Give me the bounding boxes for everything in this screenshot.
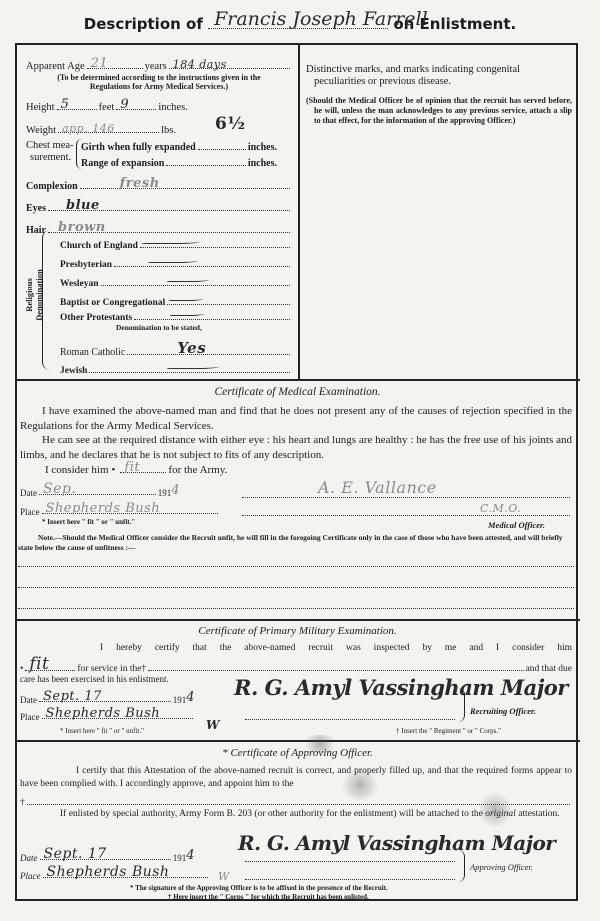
- approving-officer-label: Approving Officer.: [470, 862, 533, 872]
- weight-label: Weight: [26, 125, 56, 136]
- medical-para-2: He can see at the required distance with…: [20, 433, 572, 462]
- denomination-note: Denomination to be stated,: [60, 323, 292, 336]
- section-divider-approving: [15, 740, 580, 742]
- eyes-row: Eyes blue: [26, 200, 292, 214]
- consider-value: fit: [124, 460, 140, 475]
- medical-place-row: Place Shepherds Bush: [20, 503, 220, 517]
- religion-label: Roman Catholic: [60, 347, 125, 358]
- primary-year-value: 4: [186, 690, 195, 705]
- apparent-age-value: 21: [91, 56, 109, 71]
- religion-label: Church of England: [60, 241, 138, 251]
- medical-signature-line: [242, 497, 570, 498]
- recruiting-officer-signature: R. G. Amyl Vassingham Major: [234, 675, 568, 700]
- religion-list: Church of England Presbyterian Wesleyan …: [60, 232, 292, 376]
- primary-insert-note: * Insert here " fit " or " unfit.": [60, 727, 144, 735]
- approving-place-suffix: W: [218, 870, 230, 883]
- age-note-1: (To be determined according to the instr…: [26, 73, 292, 82]
- weight-row: Weight app. 146 lbs.: [26, 122, 176, 136]
- medical-year-value: 4: [171, 483, 180, 498]
- column-divider: [298, 43, 300, 380]
- recruiting-officer-label: Recruiting Officer.: [470, 706, 536, 716]
- height-inches-value: 9: [120, 97, 129, 112]
- range-inches-label: inches.: [248, 158, 277, 169]
- primary-date-value: Sept. 17: [43, 689, 102, 704]
- primary-fit-row: • fit for service in the† and that due: [20, 660, 572, 674]
- approving-place-row: Place Shepherds Bush: [20, 867, 210, 881]
- approving-para-2-post: attestation.: [518, 809, 559, 819]
- complexion-value: fresh: [120, 176, 160, 191]
- approving-certificate-title: * Certificate of Approving Officer.: [15, 747, 580, 759]
- religion-label: Presbyterian: [60, 260, 112, 270]
- medical-rank-line: [242, 515, 570, 516]
- ink-stain: [300, 735, 340, 753]
- recruiting-officer-line: [245, 719, 455, 720]
- due-text: and that due: [526, 664, 572, 674]
- medical-date-row: Date Sep. 191 4: [20, 483, 180, 498]
- ink-stain: [340, 770, 380, 800]
- primary-certificate-title: Certificate of Primary Military Examinat…: [15, 625, 580, 637]
- age-note-2: Regulations for Army Medical Services.): [26, 82, 292, 91]
- medical-date-value: Sep.: [43, 481, 76, 497]
- height-row: Height 5 feet 9 inches.: [26, 99, 216, 113]
- place-label: Place: [20, 507, 40, 517]
- religion-row-church-of-england: Church of England: [60, 232, 292, 251]
- chest-label-2: surement.: [26, 152, 76, 164]
- approving-year-value: 4: [186, 848, 195, 863]
- date-label: Date: [20, 853, 38, 863]
- chest-label-1: Chest mea-: [26, 140, 76, 152]
- blank-dash-mark: [148, 257, 198, 263]
- girth-label: Girth when fully expanded: [81, 142, 196, 153]
- weight-margin-note: 6½: [215, 114, 246, 134]
- approving-place-value: Shepherds Bush: [47, 864, 170, 880]
- recruiting-officer-brace: [458, 688, 465, 722]
- year-prefix: 191: [158, 488, 172, 498]
- marks-heading-1: Distinctive marks, and marks indicating …: [306, 64, 572, 76]
- medical-place-value: Shepherds Bush: [46, 501, 161, 516]
- years-label: years: [145, 61, 167, 72]
- age-days-value: 184 days: [173, 58, 227, 71]
- approving-date-row: Date Sept. 17 191 4: [20, 848, 195, 863]
- title-prefix: Description of: [84, 15, 203, 33]
- apparent-age-row: Apparent Age 21 years 184 days: [26, 58, 292, 72]
- form-title: Description of Francis Joseph Farrell on…: [0, 14, 600, 33]
- religion-row-presbyterian: Presbyterian: [60, 251, 292, 270]
- religion-label: Wesleyan: [60, 279, 99, 289]
- approving-footnote-1: * The signature of the Approving Officer…: [130, 884, 388, 892]
- religion-row-wesleyan: Wesleyan: [60, 270, 292, 289]
- date-label: Date: [20, 488, 37, 498]
- consider-prefix: I consider him: [45, 464, 109, 476]
- complexion-row: Complexion fresh: [26, 178, 292, 192]
- recruit-name: Francis Joseph Farrell: [214, 8, 428, 30]
- primary-date-row: Date Sept. 17 191 4: [20, 690, 195, 705]
- service-text: for service in the†: [77, 664, 146, 674]
- range-label: Range of expansion: [81, 158, 164, 169]
- medical-certificate-title: Certificate of Medical Examination.: [15, 386, 580, 398]
- religion-row-other-protestants: Other Protestants: [60, 308, 292, 323]
- unfitness-line-1[interactable]: [18, 566, 574, 567]
- blank-dash-mark: [169, 295, 203, 301]
- religion-label: Baptist or Congregational: [60, 298, 165, 308]
- feet-label: feet: [99, 102, 115, 113]
- marks-heading-2: peculiarities or previous disease.: [306, 76, 572, 88]
- medical-officer-signature: A. E. Vallance: [318, 478, 437, 497]
- recruit-name-field: Francis Joseph Farrell: [208, 14, 388, 29]
- blank-dash-mark: [170, 310, 204, 316]
- blank-dash-mark: [167, 276, 209, 282]
- approving-signature-line: [245, 861, 455, 862]
- primary-place-suffix: W: [206, 718, 220, 732]
- distinctive-marks-section: Distinctive marks, and marks indicating …: [306, 64, 572, 126]
- approving-date-value: Sept. 17: [44, 846, 107, 862]
- weight-value: app. 146: [62, 122, 115, 135]
- range-row: Range of expansion inches.: [81, 155, 277, 169]
- primary-para-3: care has been exercised in his enlistmen…: [20, 674, 169, 684]
- dagger-mark: †: [20, 798, 25, 808]
- girth-row: Girth when fully expanded inches.: [81, 139, 277, 153]
- eyes-label: Eyes: [26, 203, 46, 214]
- year-prefix: 191: [173, 853, 187, 863]
- lbs-label: lbs.: [161, 125, 176, 136]
- medical-unfit-note: Note.—Should the Medical Officer conside…: [18, 533, 574, 553]
- religion-label: Jewish: [60, 366, 87, 376]
- inches-label: inches.: [158, 102, 187, 113]
- complexion-label: Complexion: [26, 181, 78, 192]
- religion-row-jewish: Jewish: [60, 358, 292, 376]
- year-prefix: 191: [173, 695, 187, 705]
- place-label: Place: [20, 712, 40, 722]
- primary-place-row: Place Shepherds Bush: [20, 708, 195, 722]
- blank-dash-mark: [167, 363, 219, 369]
- primary-place-value: Shepherds Bush: [46, 706, 161, 721]
- approving-para-2-pre: If enlisted by special authority, Army F…: [60, 809, 483, 819]
- height-feet-value: 5: [61, 97, 70, 112]
- consider-suffix: for the Army.: [168, 464, 227, 476]
- primary-para-1: I hereby certify that the above-named re…: [100, 643, 572, 653]
- medical-para-1: I have examined the above-named man and …: [20, 404, 572, 433]
- section-divider-medical: [15, 379, 580, 381]
- ink-stain: [480, 790, 510, 830]
- approving-footnote-2: † Here insert the " Corps " for which th…: [168, 893, 369, 901]
- consider-row: I consider him • fit for the Army.: [45, 462, 227, 476]
- roman-catholic-value: Yes: [177, 339, 206, 357]
- approving-place-line: [245, 879, 455, 880]
- eyes-value: blue: [66, 198, 100, 213]
- religion-brace: [42, 230, 51, 370]
- unfitness-line-3[interactable]: [18, 608, 574, 609]
- religion-label: Other Protestants: [60, 313, 132, 323]
- place-label: Place: [20, 871, 41, 881]
- approving-para-1: I certify that this Attestation of the a…: [20, 765, 572, 791]
- religion-row-roman-catholic: Roman Catholic Yes: [60, 336, 292, 358]
- religion-row-baptist: Baptist or Congregational: [60, 289, 292, 308]
- medical-insert-note: * Insert here " fit " or " unfit.": [42, 518, 135, 526]
- approving-officer-signature: R. G. Amyl Vassingham Major: [238, 831, 555, 855]
- medical-officer-label: Medical Officer.: [488, 520, 545, 530]
- approving-officer-brace: [458, 850, 465, 882]
- girth-inches-label: inches.: [248, 142, 277, 153]
- blank-dash-mark: [142, 238, 200, 244]
- unfitness-line-2[interactable]: [18, 587, 574, 588]
- height-label: Height: [26, 102, 55, 113]
- date-label: Date: [20, 695, 37, 705]
- regiment-note: † Insert the " Regiment " or " Corps.": [396, 727, 501, 735]
- medical-officer-rank: C.M.O.: [480, 502, 521, 515]
- marks-note: (Should the Medical Officer be of opinio…: [306, 96, 572, 126]
- apparent-age-label: Apparent Age: [26, 61, 85, 72]
- religious-denomination-label: Religious Denomination: [24, 255, 44, 335]
- section-divider-primary: [15, 619, 580, 621]
- description-column: Apparent Age 21 years 184 days (To be de…: [26, 58, 292, 236]
- primary-fit-value: fit: [29, 654, 49, 674]
- chest-measurement: Chest mea- surement. Girth when fully ex…: [26, 139, 292, 169]
